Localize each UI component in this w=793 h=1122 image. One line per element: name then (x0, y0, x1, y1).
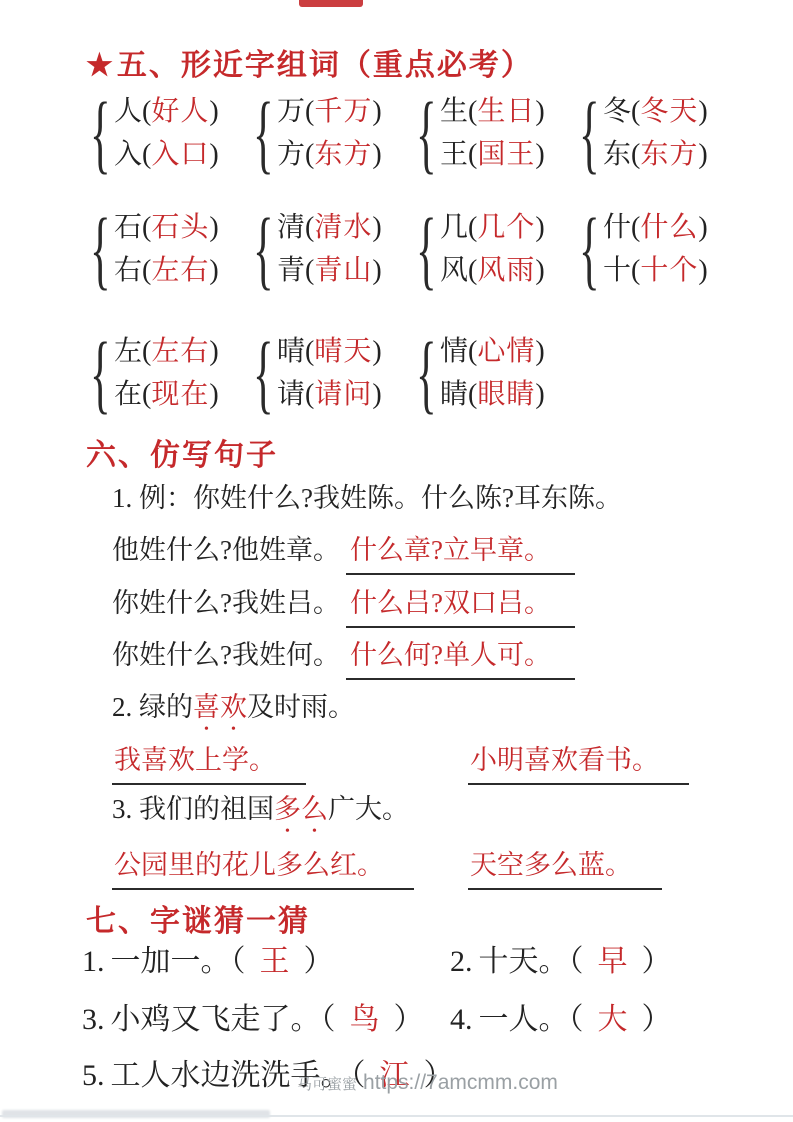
word-answer: 请问 (314, 379, 372, 410)
close-paren: ) (535, 139, 544, 170)
star-icon: ★ (86, 49, 115, 82)
open-paren: ( (468, 139, 477, 170)
open-paren: （ (321, 1003, 336, 1036)
riddle-clue: 一人。 (479, 1003, 569, 1036)
base-character: 方 (277, 139, 305, 170)
riddle-answer: 早 (598, 945, 628, 978)
base-character: 入 (114, 139, 142, 170)
riddle-item: 3.小鸡又飞走了。（鸟） (82, 1002, 424, 1038)
curly-brace-icon: { (90, 205, 102, 293)
base-character: 石 (114, 212, 142, 243)
char-pair-group: { 万(千万) 方(东方) (253, 90, 403, 176)
word-answer: 风雨 (477, 255, 535, 286)
pairs-row-2: { 石(石头) 右(左右) { 清(清水) 青(青山) { 几(几个) 风(风雨… (90, 206, 729, 292)
close-paren: ） (642, 945, 672, 978)
curly-brace-icon: { (253, 89, 265, 177)
base-character: 东 (603, 139, 631, 170)
sentence-prompt: 你姓什么?我姓吕。 (112, 588, 340, 618)
base-character: 什 (603, 212, 631, 243)
word-answer: 东方 (640, 139, 698, 170)
close-paren: ) (698, 212, 707, 243)
char-pair-group: { 石(石头) 右(左右) (90, 206, 240, 292)
curly-brace-icon: { (416, 329, 428, 417)
close-paren: ) (698, 139, 707, 170)
open-paren: ( (468, 96, 477, 127)
section5-title-text: 五、形近字组词（重点必考） (117, 49, 533, 82)
close-paren: ) (372, 336, 381, 367)
open-paren: ( (305, 212, 314, 243)
answer-underlined: 天空多么蓝。 (468, 843, 662, 890)
close-paren: ) (209, 212, 218, 243)
open-paren: ( (142, 212, 151, 243)
sentence-suffix: 广大。 (328, 794, 409, 824)
open-paren: （ (231, 945, 246, 978)
open-paren: ( (468, 212, 477, 243)
open-paren: ( (142, 96, 151, 127)
close-paren: ) (698, 255, 707, 286)
close-paren: ) (372, 212, 381, 243)
open-paren: （ (569, 945, 584, 978)
word-answer: 千万 (314, 96, 372, 127)
close-paren: ) (209, 379, 218, 410)
pairs-row-3: { 左(左右) 在(现在) { 晴(晴天) 请(请问) { 情(心情) 睛(眼睛… (90, 330, 566, 416)
base-character: 请 (277, 379, 305, 410)
close-paren: ) (209, 96, 218, 127)
sentence-line: 你姓什么?我姓何。什么何?单人可。 (112, 638, 575, 680)
base-character: 清 (277, 212, 305, 243)
curly-brace-icon: { (253, 205, 265, 293)
base-character: 在 (114, 379, 142, 410)
curly-brace-icon: { (90, 89, 102, 177)
open-paren: ( (468, 379, 477, 410)
word-answer: 眼睛 (477, 379, 535, 410)
word-answer: 东方 (314, 139, 372, 170)
base-character: 十 (603, 255, 631, 286)
sentence-line: 2. 绿的喜欢及时雨。 (112, 690, 355, 737)
open-paren: ( (305, 96, 314, 127)
watermark: 马可蜜蜜https://7amcmm.com (297, 1071, 558, 1095)
open-paren: ( (305, 255, 314, 286)
base-character: 青 (277, 255, 305, 286)
close-paren: ) (209, 336, 218, 367)
riddle-item: 1.一加一。（王） (82, 944, 334, 980)
open-paren: ( (468, 336, 477, 367)
answer-underlined: 我喜欢上学。 (112, 738, 306, 785)
open-paren: ( (631, 255, 640, 286)
word-answer: 几个 (477, 212, 535, 243)
answer-underlined: 公园里的花儿多么红。 (112, 843, 414, 890)
answer-underlined: 什么章?立早章。 (346, 533, 575, 575)
sentence-prompt: 他姓什么?他姓章。 (112, 535, 340, 565)
riddle-answer: 鸟 (350, 1003, 380, 1036)
watermark-name: 马可蜜蜜 (297, 1076, 357, 1093)
word-answer: 好人 (151, 96, 209, 127)
char-pair-group: { 人(好人) 入(入口) (90, 90, 240, 176)
word-answer: 生日 (477, 96, 535, 127)
riddle-item: 4.一人。（大） (450, 1002, 672, 1038)
riddle-answer: 大 (598, 1003, 628, 1036)
word-answer: 左右 (151, 255, 209, 286)
curly-brace-icon: { (90, 329, 102, 417)
word-answer: 国王 (477, 139, 535, 170)
highlighted-word: 喜欢 (193, 692, 247, 722)
open-paren: ( (631, 212, 640, 243)
char-pair-group: { 情(心情) 睛(眼睛) (416, 330, 566, 416)
riddle-number: 2. (450, 945, 473, 978)
pairs-row-1: { 人(好人) 入(入口) { 万(千万) 方(东方) { 生(生日) 王(国王… (90, 90, 729, 176)
riddle-answer: 王 (260, 945, 290, 978)
base-character: 冬 (603, 96, 631, 127)
sentence-example: 1. 例：你姓什么?我姓陈。什么陈?耳东陈。 (112, 481, 622, 515)
section7-title: 七、字谜猜一猜 (86, 896, 310, 940)
word-answer: 什么 (640, 212, 698, 243)
base-character: 右 (114, 255, 142, 286)
base-character: 王 (440, 139, 468, 170)
char-pair-group: { 生(生日) 王(国王) (416, 90, 566, 176)
base-character: 左 (114, 336, 142, 367)
close-paren: ) (535, 336, 544, 367)
base-character: 生 (440, 96, 468, 127)
word-answer: 清水 (314, 212, 372, 243)
char-pair-group: { 清(清水) 青(青山) (253, 206, 403, 292)
open-paren: ( (305, 379, 314, 410)
base-character: 睛 (440, 379, 468, 410)
riddle-number: 1. (82, 945, 105, 978)
word-answer: 石头 (151, 212, 209, 243)
open-paren: ( (142, 379, 151, 410)
sentence-prefix: 3. 我们的祖国 (112, 794, 274, 824)
curly-brace-icon: { (416, 89, 428, 177)
sentence-line: 3. 我们的祖国多么广大。 (112, 792, 409, 839)
open-paren: ( (468, 255, 477, 286)
sentence-prefix: 2. 绿的 (112, 692, 193, 722)
open-paren: ( (142, 139, 151, 170)
word-answer: 冬天 (640, 96, 698, 127)
base-character: 人 (114, 96, 142, 127)
word-answer: 入口 (151, 139, 209, 170)
close-paren: ) (372, 379, 381, 410)
word-answer: 心情 (477, 336, 535, 367)
char-pair-group: { 晴(晴天) 请(请问) (253, 330, 403, 416)
section6-title: 六、仿写句子 (86, 430, 278, 474)
open-paren: ( (305, 139, 314, 170)
curly-brace-icon: { (416, 205, 428, 293)
word-answer: 左右 (151, 336, 209, 367)
close-paren: ) (372, 139, 381, 170)
word-answer: 青山 (314, 255, 372, 286)
open-paren: （ (569, 1003, 584, 1036)
open-paren: ( (631, 139, 640, 170)
char-pair-group: { 什(什么) 十(十个) (579, 206, 729, 292)
base-character: 风 (440, 255, 468, 286)
word-answer: 晴天 (314, 336, 372, 367)
close-paren: ) (209, 139, 218, 170)
char-pair-group: { 左(左右) 在(现在) (90, 330, 240, 416)
close-paren: ) (698, 96, 707, 127)
worksheet-page: ★五、形近字组词（重点必考） { 人(好人) 入(入口) { 万(千万) 方(东… (0, 0, 793, 1122)
open-paren: ( (631, 96, 640, 127)
highlighted-word: 多么 (274, 794, 328, 824)
base-character: 情 (440, 336, 468, 367)
close-paren: ) (372, 96, 381, 127)
riddle-item: 2.十天。（早） (450, 944, 672, 980)
answer-underlined: 什么何?单人可。 (346, 638, 575, 680)
riddle-clue: 十天。 (479, 945, 569, 978)
sentence-line: 他姓什么?他姓章。什么章?立早章。 (112, 533, 575, 575)
close-paren: ) (535, 379, 544, 410)
riddle-clue: 一加一。 (111, 945, 231, 978)
section5-title: ★五、形近字组词（重点必考） (86, 40, 533, 84)
base-character: 万 (277, 96, 305, 127)
riddle-clue: 小鸡又飞走了。 (111, 1003, 321, 1036)
sentence-line: 你姓什么?我姓吕。什么吕?双口吕。 (112, 586, 575, 628)
curly-brace-icon: { (253, 329, 265, 417)
word-answer: 现在 (151, 379, 209, 410)
close-paren: ） (642, 1003, 672, 1036)
close-paren: ) (535, 212, 544, 243)
cut-off-red-mark (299, 0, 363, 7)
close-paren: ） (304, 945, 334, 978)
char-pair-group: { 几(几个) 风(风雨) (416, 206, 566, 292)
base-character: 几 (440, 212, 468, 243)
riddle-number: 3. (82, 1003, 105, 1036)
open-paren: ( (142, 255, 151, 286)
close-paren: ) (535, 96, 544, 127)
curly-brace-icon: { (579, 89, 591, 177)
bottom-edge-line (0, 1115, 793, 1117)
riddle-number: 4. (450, 1003, 473, 1036)
sentence-prompt: 你姓什么?我姓何。 (112, 640, 340, 670)
riddle-number: 5. (82, 1059, 105, 1092)
curly-brace-icon: { (579, 205, 591, 293)
close-paren: ) (209, 255, 218, 286)
close-paren: ) (372, 255, 381, 286)
answer-underlined: 小明喜欢看书。 (468, 738, 689, 785)
open-paren: ( (305, 336, 314, 367)
close-paren: ） (394, 1003, 424, 1036)
sentence-suffix: 及时雨。 (247, 692, 355, 722)
close-paren: ) (535, 255, 544, 286)
watermark-url: https://7amcmm.com (363, 1071, 558, 1094)
open-paren: ( (142, 336, 151, 367)
answer-underlined: 什么吕?双口吕。 (346, 586, 575, 628)
char-pair-group: { 冬(冬天) 东(东方) (579, 90, 729, 176)
base-character: 晴 (277, 336, 305, 367)
word-answer: 十个 (640, 255, 698, 286)
